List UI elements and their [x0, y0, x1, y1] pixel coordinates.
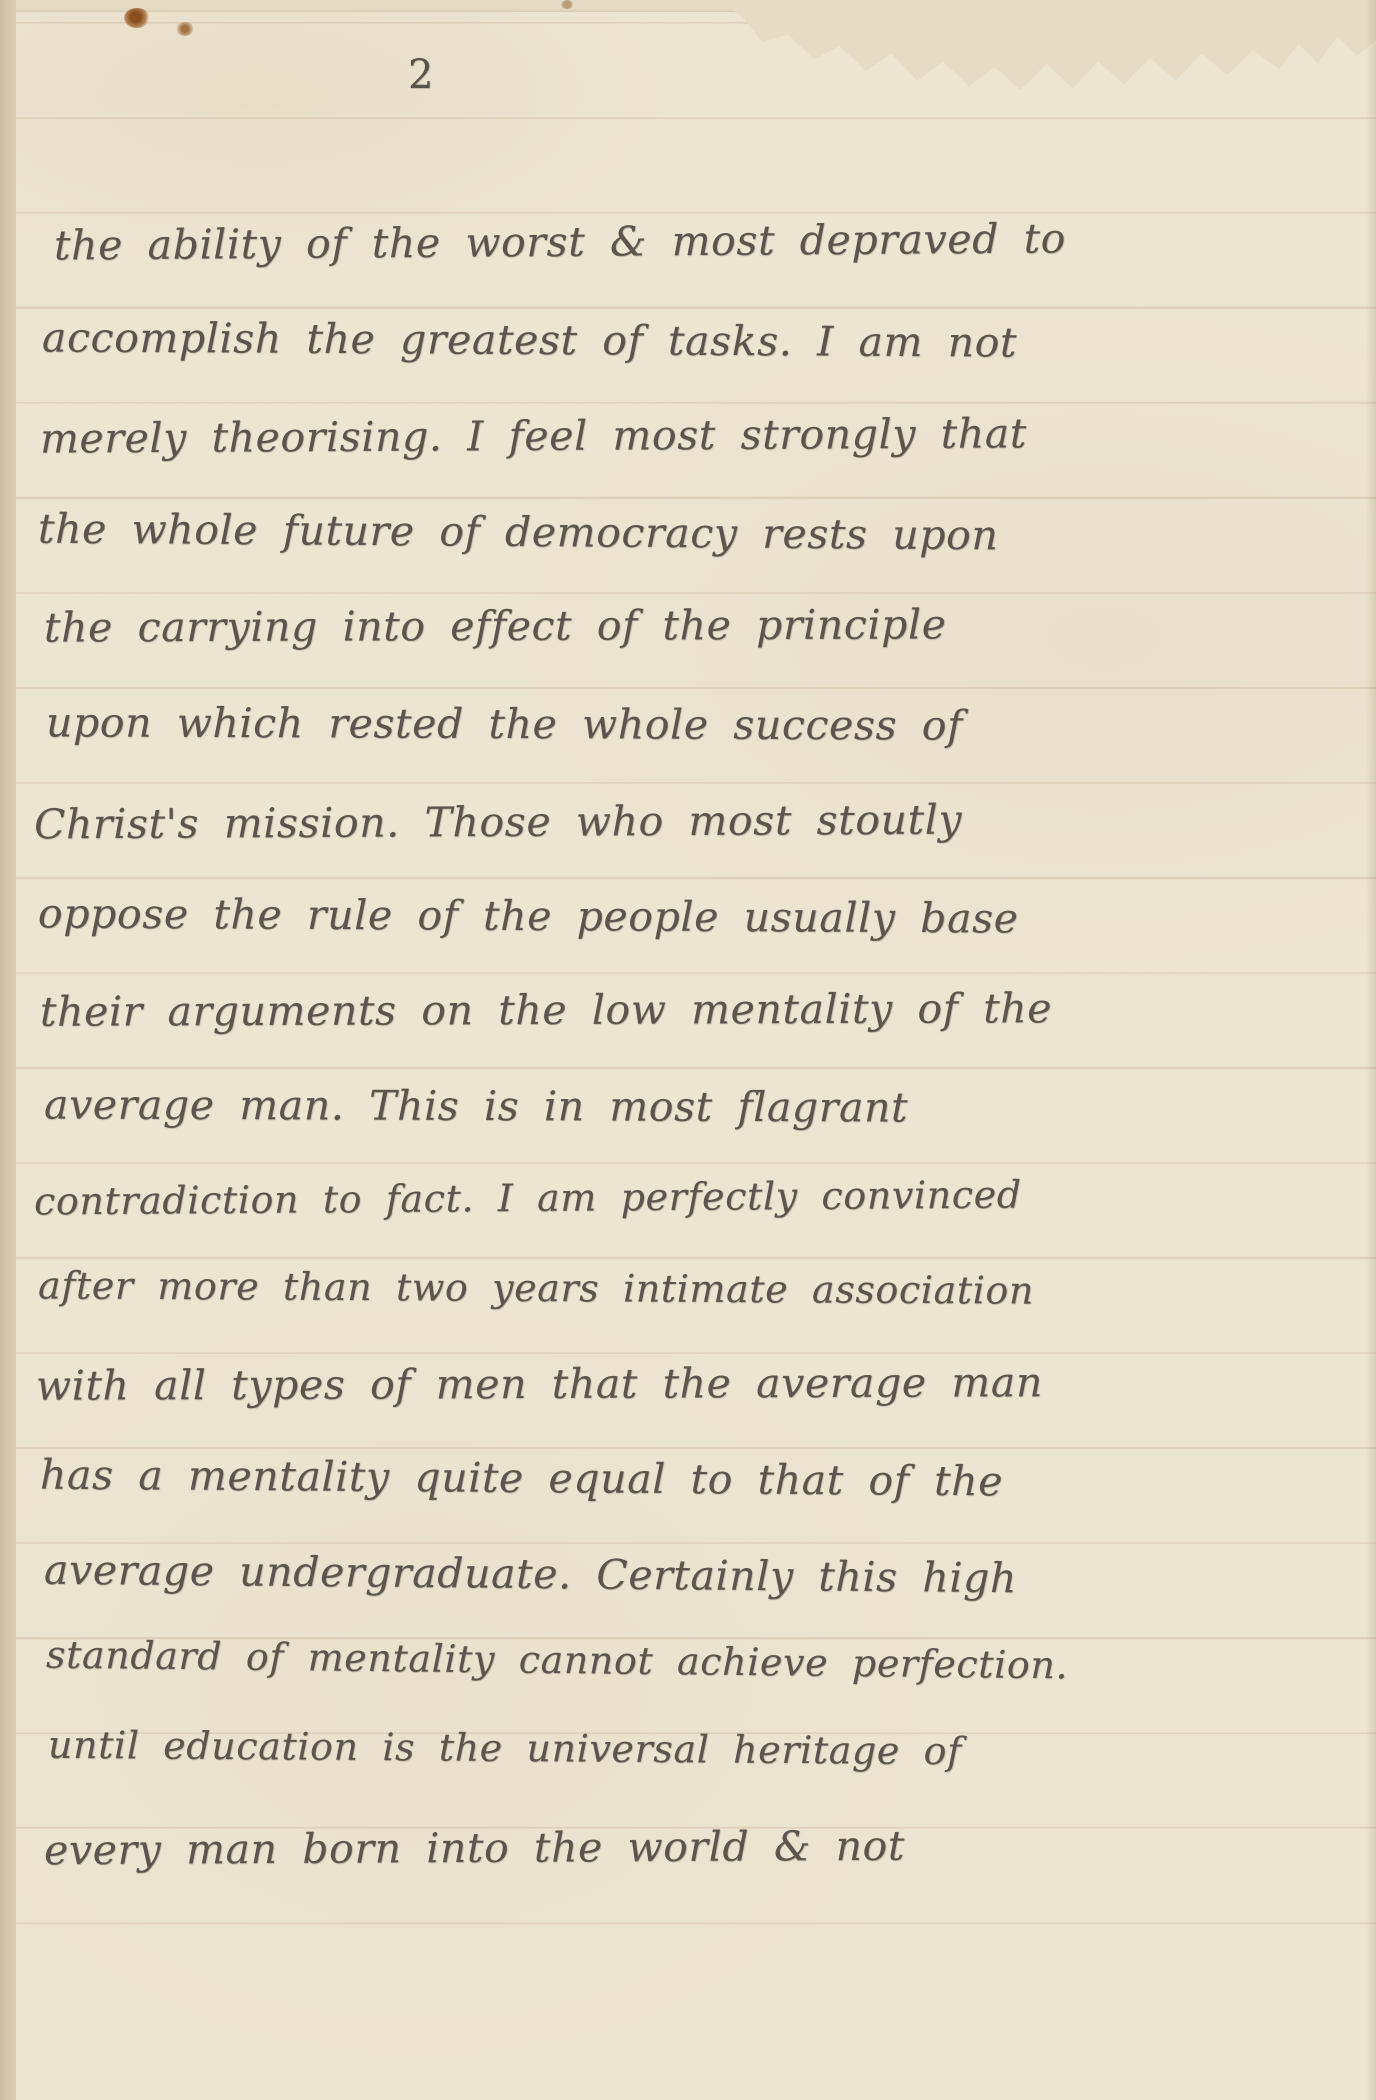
- handwritten-line: the carrying into effect of the principl…: [44, 600, 947, 651]
- handwritten-line: merely theorising. I feel most strongly …: [40, 409, 1027, 462]
- handwritten-line: upon which rested the whole success of: [46, 698, 963, 749]
- handwritten-line: average man. This is in most flagrant: [44, 1080, 908, 1131]
- scanned-letter-page: 2 the ability of the worst & most deprav…: [0, 0, 1376, 2100]
- handwritten-line: oppose the rule of the people usually ba…: [38, 889, 1019, 942]
- page-number: 2: [408, 52, 433, 98]
- handwritten-line: their arguments on the low mentality of …: [40, 984, 1052, 1036]
- handwritten-line: with all types of men that the average m…: [36, 1358, 1043, 1410]
- handwritten-line: has a mentality quite equal to that of t…: [40, 1451, 1003, 1506]
- handwritten-line: accomplish the greatest of tasks. I am n…: [42, 313, 1017, 366]
- handwritten-line: Christ's mission. Those who most stoutly: [34, 796, 962, 849]
- handwritten-line: after more than two years intimate assoc…: [38, 1263, 1034, 1312]
- handwritten-line: average undergraduate. Certainly this hi…: [44, 1546, 1017, 1602]
- handwritten-line: contradiction to fact. I am perfectly co…: [34, 1173, 1022, 1224]
- handwritten-line: every man born into the world & not: [44, 1822, 905, 1875]
- handwritten-line: the whole future of democracy rests upon: [38, 505, 999, 560]
- handwritten-line: until education is the universal heritag…: [48, 1723, 962, 1773]
- paper-left-edge: [0, 0, 16, 2100]
- handwritten-line: the ability of the worst & most depraved…: [54, 214, 1066, 269]
- stain-mark: [560, 0, 574, 9]
